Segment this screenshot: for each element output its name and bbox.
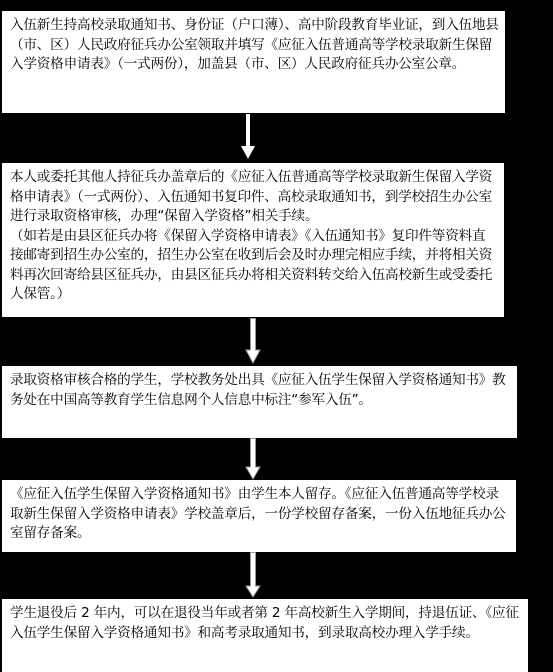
step-3-box: 录取资格审核合格的学生，学校教务处出具《应征入伍学生保留入学资格通知书》教务处在… [2, 366, 517, 438]
down-arrow-icon [245, 552, 261, 598]
down-arrow-icon [245, 438, 261, 480]
step-3-text: 录取资格审核合格的学生，学校教务处出具《应征入伍学生保留入学资格通知书》教务处在… [10, 371, 511, 410]
step-5-text: 学生退役后 2 年内，可以在退役当年或者第 2 年高校新生入学期间，持退伍证、《… [10, 604, 522, 643]
step-5-box: 学生退役后 2 年内，可以在退役当年或者第 2 年高校新生入学期间，持退伍证、《… [2, 599, 528, 672]
down-arrow-icon [240, 114, 256, 160]
step-4-text: 《应征入伍学生保留入学资格通知书》由学生本人留存。《应征入伍普通高等学校录取新生… [10, 485, 510, 544]
step-4-box: 《应征入伍学生保留入学资格通知书》由学生本人留存。《应征入伍普通高等学校录取新生… [2, 480, 516, 552]
step-1-box: 入伍新生持高校录取通知书、身份证（户口薄）、高中阶段教育毕业证，到入伍地县（市、… [2, 11, 505, 113]
step-1-text: 入伍新生持高校录取通知书、身份证（户口薄）、高中阶段教育毕业证，到入伍地县（市、… [10, 16, 499, 75]
step-2-note: （如若是由县区征兵办将《保留入学资格申请表》《入伍通知书》复印件等资料直接邮寄到… [10, 227, 498, 305]
down-arrow-icon [245, 318, 261, 364]
step-2-text: 本人或委托其他人持征兵办盖章后的《应征入伍普通高等学校录取新生保留入学资格申请表… [10, 168, 498, 227]
step-2-box: 本人或委托其他人持征兵办盖章后的《应征入伍普通高等学校录取新生保留入学资格申请表… [2, 163, 504, 317]
